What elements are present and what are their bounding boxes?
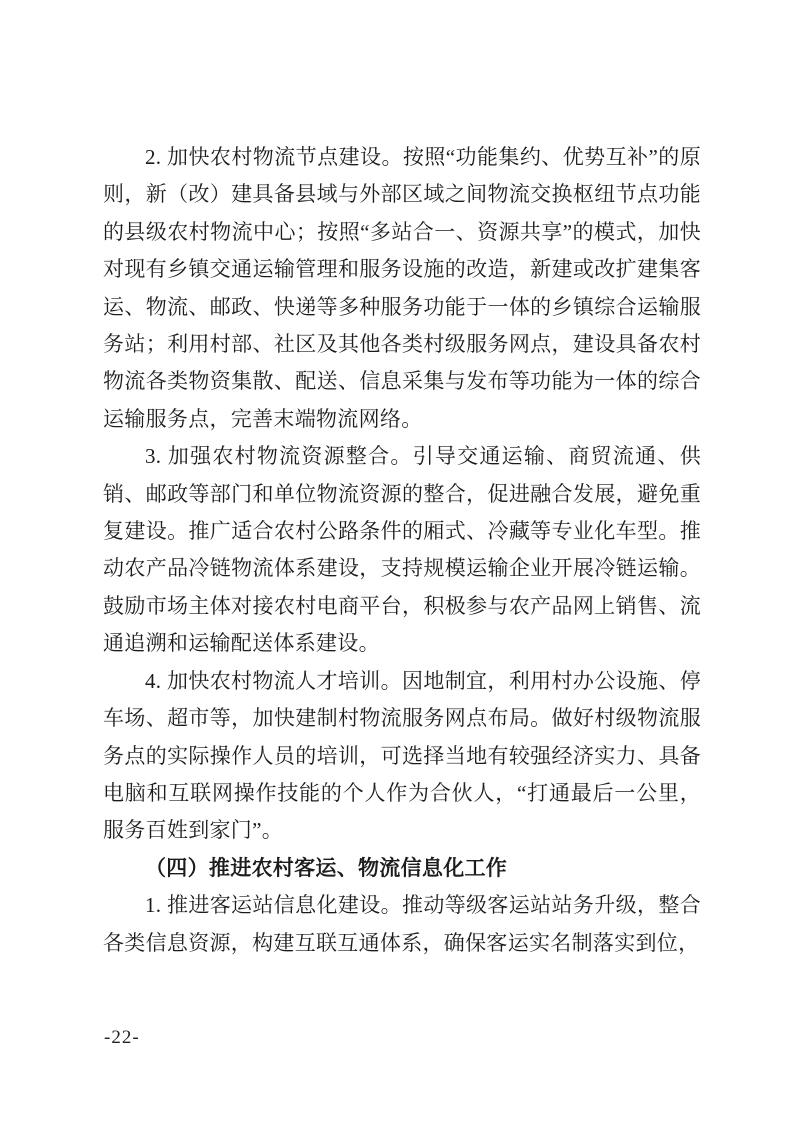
numbered-item-3-logistics-resource-integration: 3. 加强农村物流资源整合。引导交通运输、商贸流通、供销、邮政等部门和单位物流资… (103, 438, 701, 662)
page-number: -22- (104, 1026, 140, 1050)
document-page: 2. 加快农村物流节点建设。按照“功能集约、优势互补”的原则，新（改）建具备县域… (0, 0, 794, 1122)
section-heading-4-informatization: （四）推进农村客运、物流信息化工作 (103, 850, 701, 887)
numbered-item-4-logistics-personnel-training: 4. 加快农村物流人才培训。因地制宜，利用村办公设施、停车场、超市等，加快建制村… (103, 663, 701, 850)
numbered-item-1-station-informatization: 1. 推进客运站信息化建设。推动等级客运站站务升级，整合各类信息资源，构建互联互… (103, 887, 701, 962)
numbered-item-2-rural-logistics-nodes: 2. 加快农村物流节点建设。按照“功能集约、优势互补”的原则，新（改）建具备县域… (103, 139, 701, 438)
document-body: 2. 加快农村物流节点建设。按照“功能集约、优势互补”的原则，新（改）建具备县域… (103, 139, 701, 962)
